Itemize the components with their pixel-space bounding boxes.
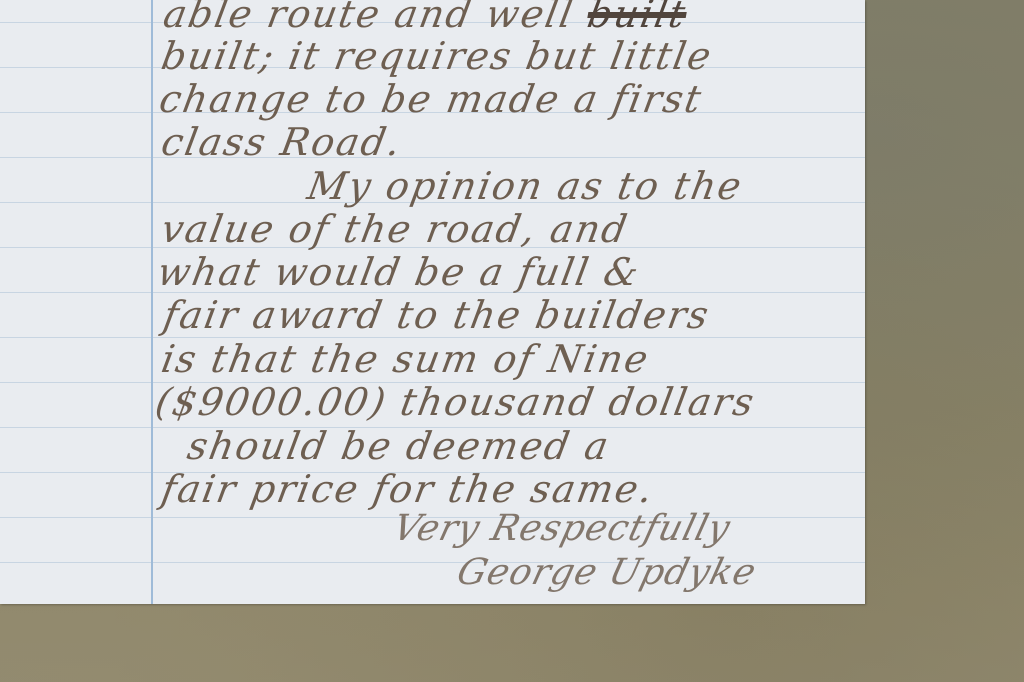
letter-line-9: is that the sum of Nine: [158, 337, 653, 381]
signature: George Updyke: [453, 552, 761, 593]
letter-line-4: class Road.: [158, 120, 405, 164]
margin-line: [151, 0, 153, 604]
line-text: able route and well: [160, 0, 578, 36]
letter-page: able route and well built built; it requ…: [0, 0, 865, 604]
letter-line-12: fair price for the same.: [158, 467, 658, 511]
struck-word: built: [584, 0, 690, 36]
letter-line-1: able route and well built: [160, 0, 690, 36]
letter-line-6: value of the road, and: [158, 207, 632, 251]
letter-line-7: what would be a full &: [154, 250, 644, 294]
letter-line-5: My opinion as to the: [304, 164, 746, 208]
letter-line-8: fair award to the builders: [160, 293, 713, 337]
letter-line-2: built; it requires but little: [158, 34, 716, 78]
letter-line-11: should be deemed a: [184, 424, 613, 468]
letter-line-3: change to be made a first: [156, 77, 706, 121]
closing: Very Respectfully: [389, 508, 735, 549]
letter-line-10: ($9000.00) thousand dollars: [152, 380, 759, 424]
